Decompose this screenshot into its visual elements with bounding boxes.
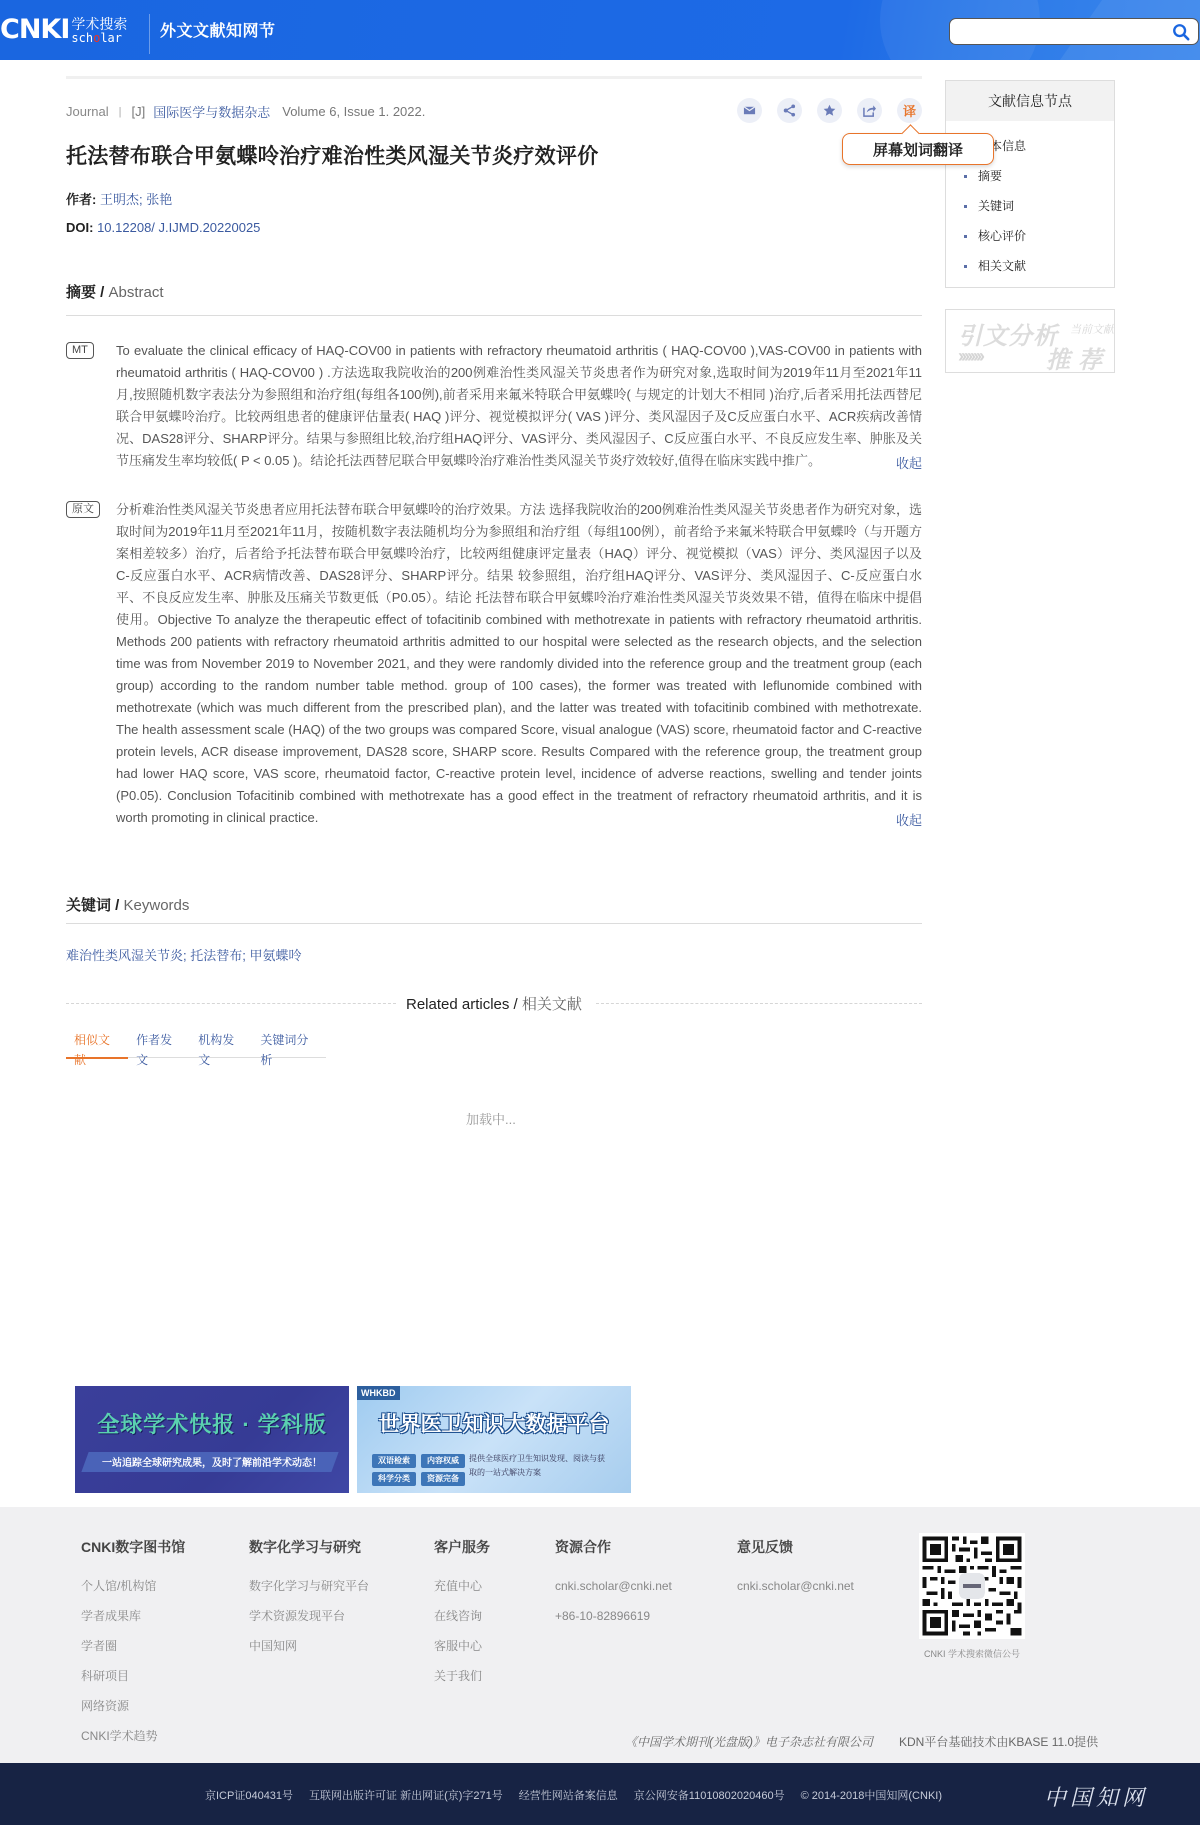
- tech-info: KDN平台基础技术由KBASE 11.0提供: [899, 1733, 1098, 1750]
- journal-meta: Journal | [J] 国际医学与数据杂志 Volume 6, Issue …: [66, 102, 425, 121]
- keyword-separator: ;: [242, 948, 249, 963]
- logo-cn-text: 学术搜索: [71, 17, 127, 31]
- keywords-heading-cn: 关键词 /: [66, 897, 119, 914]
- ad2-title: 世界医卫知识大数据平台: [357, 1408, 631, 1438]
- translate-button[interactable]: 译: [897, 98, 922, 123]
- site-footer: CNKI数字图书馆 个人馆/机构馆 学者成果库 学者圈 科研项目 网络资源 CN…: [0, 1507, 1200, 1763]
- cnki-calligraphy-logo: 中国知网: [1044, 1781, 1148, 1812]
- machine-translated-abstract: MT To evaluate the clinical efficacy of …: [66, 340, 922, 472]
- original-abstract: 原文 分析难治性类风湿关节炎患者应用托法替布联合甲氨蝶呤的治疗效果。方法 选择我…: [66, 499, 922, 829]
- volume-issue: Volume 6, Issue 1. 2022.: [282, 104, 425, 119]
- tab-keyword-analysis[interactable]: 关键词分析: [252, 1030, 326, 1058]
- authors-line: 作者: 王明杰; 张艳: [66, 189, 172, 208]
- translate-tooltip: 屏幕划词翻译: [842, 133, 994, 165]
- star-icon: [823, 104, 836, 117]
- ad1-title: 全球学术快报 · 学科版: [75, 1408, 349, 1439]
- footer-link[interactable]: 个人馆/机构馆: [81, 1571, 185, 1601]
- tab-similar-articles[interactable]: 相似文献: [66, 1030, 128, 1058]
- authors-label: 作者:: [66, 192, 96, 207]
- cite-banner-recommend: 推荐: [1046, 340, 1110, 373]
- ad-medical-bigdata-platform[interactable]: WHKBD 世界医卫知识大数据平台 双语检索 内容权威 科学分类 资源完备 提供…: [357, 1386, 631, 1493]
- article-title: 托法替布联合甲氨蝶呤治疗难治性类风湿关节炎疗效评价: [66, 140, 599, 170]
- public-security-filing-link[interactable]: 京公网安备11010802020460号: [634, 1787, 785, 1803]
- tab-author-articles[interactable]: 作者发文: [128, 1030, 190, 1058]
- logo-subtitle: 学术搜索 scholar: [71, 17, 127, 44]
- publishing-license-link[interactable]: 互联网出版许可证 新出网证(京)字271号: [309, 1787, 503, 1803]
- footer-col-feedback: 意见反馈 cnki.scholar@cnki.net: [737, 1537, 854, 1601]
- node-core-evaluation[interactable]: 核心评价: [946, 221, 1114, 251]
- footer-link[interactable]: 客服中心: [434, 1631, 490, 1661]
- tab-institution-articles[interactable]: 机构发文: [190, 1030, 252, 1058]
- keyword-link[interactable]: 甲氨蝶呤: [250, 948, 302, 963]
- original-badge: 原文: [66, 501, 100, 518]
- doi-line: DOI: 10.12208/ J.IJMD.20220025: [66, 220, 260, 235]
- email-button[interactable]: [737, 98, 762, 123]
- related-title-cn: 相关文献: [518, 996, 582, 1013]
- abstract-heading-cn: 摘要 /: [66, 284, 104, 301]
- ad2-description: 提供全球医疗卫生知识发现、阅读与获取的一站式解决方案: [469, 1452, 609, 1480]
- footer-link[interactable]: 关于我们: [434, 1661, 490, 1691]
- logo-cnki-text: CNKI: [0, 15, 69, 45]
- nodes-panel-title: 文献信息节点: [946, 81, 1114, 121]
- footer-phone: +86-10-82896619: [555, 1601, 672, 1631]
- share-button[interactable]: [777, 98, 802, 123]
- mt-badge: MT: [66, 342, 94, 359]
- footer-col-digital-learning: 数字化学习与研究 数字化学习与研究平台 学术资源发现平台 中国知网: [249, 1537, 369, 1661]
- related-articles-title: Related articles / 相关文献: [400, 993, 588, 1014]
- share-icon: [783, 104, 796, 117]
- logo-en-pre: sch: [71, 31, 93, 45]
- footer-link[interactable]: 学者成果库: [81, 1601, 185, 1631]
- doi-label: DOI:: [66, 220, 93, 235]
- footer-col-title: 意见反馈: [737, 1537, 854, 1557]
- footer-col-resource-cooperation: 资源合作 cnki.scholar@cnki.net +86-10-828966…: [555, 1537, 672, 1631]
- footer-link[interactable]: 在线咨询: [434, 1601, 490, 1631]
- ad2-pill: 内容权威: [421, 1454, 465, 1468]
- qr-caption: CNKI 学术搜索微信公号: [902, 1647, 1042, 1660]
- footer-link[interactable]: 网络资源: [81, 1691, 185, 1721]
- footer-email-link[interactable]: cnki.scholar@cnki.net: [555, 1571, 672, 1601]
- export-icon: [863, 104, 876, 117]
- ad-global-academic-digest[interactable]: 全球学术快报 · 学科版 一站追踪全球研究成果，及时了解前沿学术动态！: [75, 1386, 349, 1493]
- export-button[interactable]: [857, 98, 882, 123]
- footer-link[interactable]: 学术资源发现平台: [249, 1601, 369, 1631]
- logo-en-text: scholar: [71, 32, 127, 44]
- ad2-pill: 科学分类: [372, 1472, 416, 1486]
- search-icon[interactable]: [1172, 23, 1190, 41]
- footer-col-title: 客户服务: [434, 1537, 490, 1557]
- logo-en-post: lar: [100, 31, 122, 45]
- wechat-qr-code: [919, 1533, 1025, 1639]
- related-title-en: Related articles /: [406, 996, 518, 1013]
- footer-col-customer-service: 客户服务 充值中心 在线咨询 客服中心 关于我们: [434, 1537, 490, 1691]
- meta-separator: |: [119, 106, 122, 118]
- keywords-heading: 关键词 / Keywords: [66, 894, 189, 915]
- chevrons-icon: ››››››››: [958, 346, 982, 367]
- journal-type: [J]: [132, 104, 146, 119]
- loading-indicator: 加载中...: [466, 1109, 516, 1128]
- abstract-heading: 摘要 / Abstract: [66, 281, 164, 302]
- footer-email-link[interactable]: cnki.scholar@cnki.net: [737, 1571, 854, 1601]
- translate-icon: 译: [903, 101, 916, 120]
- original-abstract-text: 分析难治性类风湿关节炎患者应用托法替布联合甲氨蝶呤的治疗效果。方法 选择我院收治…: [116, 499, 922, 829]
- doi-link[interactable]: 10.12208/ J.IJMD.20220025: [97, 220, 260, 235]
- publisher-info: 《中国学术期刊(光盘版)》电子杂志社有限公司: [625, 1733, 873, 1750]
- citation-analysis-banner[interactable]: 引文分析 当前文献 ›››››››› 推荐: [945, 309, 1115, 373]
- ad1-subtitle: 一站追踪全球研究成果，及时了解前沿学术动态！: [75, 1454, 349, 1469]
- top-header: CNKI 学术搜索 scholar 外文文献知网节: [0, 0, 1200, 60]
- document-nodes-panel: 文献信息节点 基本信息 摘要 关键词 核心评价 相关文献: [945, 80, 1115, 288]
- header-divider: [149, 14, 150, 54]
- node-related-articles[interactable]: 相关文献: [946, 251, 1114, 281]
- article-actions: 译: [737, 98, 922, 123]
- footer-link[interactable]: 中国知网: [249, 1631, 369, 1661]
- footer-col-title: 数字化学习与研究: [249, 1537, 369, 1557]
- source-type: Journal: [66, 104, 109, 119]
- top-divider: [66, 76, 922, 79]
- keywords-heading-en: Keywords: [119, 897, 189, 914]
- cite-banner-subtitle: 当前文献: [1070, 321, 1114, 337]
- page-title: 外文文献知网节: [160, 18, 276, 41]
- related-tabs: 相似文献 作者发文 机构发文 关键词分析: [66, 1030, 326, 1058]
- favorite-button[interactable]: [817, 98, 842, 123]
- footer-col-title: 资源合作: [555, 1537, 672, 1557]
- footer-col-title: CNKI数字图书馆: [81, 1537, 185, 1557]
- abstract-heading-en: Abstract: [104, 284, 163, 301]
- collapse-link[interactable]: 收起: [896, 810, 922, 829]
- ad2-pill: 双语检索: [372, 1454, 416, 1468]
- footer-link[interactable]: 科研项目: [81, 1661, 185, 1691]
- ad2-tag: WHKBD: [357, 1386, 400, 1400]
- node-keywords[interactable]: 关键词: [946, 191, 1114, 221]
- keywords-divider: [66, 923, 922, 924]
- footer-link[interactable]: 数字化学习与研究平台: [249, 1571, 369, 1601]
- node-abstract[interactable]: 摘要: [946, 161, 1114, 191]
- legal-links: 京ICP证040431号 互联网出版许可证 新出网证(京)字271号 经营性网站…: [205, 1787, 958, 1803]
- keywords-list: 难治性类风湿关节炎; 托法替布; 甲氨蝶呤: [66, 945, 302, 964]
- copyright-text: © 2014-2018中国知网(CNKI): [801, 1787, 942, 1803]
- mt-abstract-text: To evaluate the clinical efficacy of HAQ…: [116, 340, 922, 472]
- search-box[interactable]: [949, 18, 1199, 45]
- icp-license-link[interactable]: 京ICP证040431号: [205, 1787, 293, 1803]
- keyword-link[interactable]: 难治性类风湿关节炎: [66, 948, 183, 963]
- legal-bar: 京ICP证040431号 互联网出版许可证 新出网证(京)字271号 经营性网站…: [0, 1763, 1200, 1825]
- cnki-scholar-logo[interactable]: CNKI 学术搜索 scholar: [0, 14, 127, 46]
- collapse-link[interactable]: 收起: [896, 453, 922, 472]
- keyword-link[interactable]: 托法替布: [190, 948, 242, 963]
- footer-link[interactable]: CNKI学术趋势: [81, 1721, 185, 1751]
- abstract-divider: [66, 315, 922, 316]
- authors-link[interactable]: 王明杰; 张艳: [100, 192, 172, 207]
- footer-link[interactable]: 充值中心: [434, 1571, 490, 1601]
- ad2-pill: 资源完备: [421, 1472, 465, 1486]
- related-articles-header: Related articles / 相关文献: [66, 993, 922, 1013]
- dashed-divider: [66, 1003, 396, 1004]
- search-input[interactable]: [958, 22, 1158, 41]
- mail-icon: [743, 104, 756, 117]
- journal-name-link[interactable]: 国际医学与数据杂志: [153, 102, 270, 121]
- footer-link[interactable]: 学者圈: [81, 1631, 185, 1661]
- footer-col-cnki-library: CNKI数字图书馆 个人馆/机构馆 学者成果库 学者圈 科研项目 网络资源 CN…: [81, 1537, 185, 1751]
- website-filing-link[interactable]: 经营性网站备案信息: [519, 1787, 618, 1803]
- dashed-divider: [596, 1003, 922, 1004]
